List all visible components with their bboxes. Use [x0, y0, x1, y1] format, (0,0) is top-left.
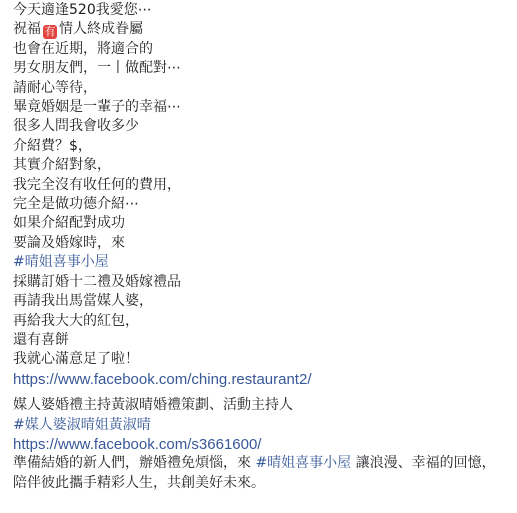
hashtag-link-ching-jie-shop-inline[interactable]: #晴姐喜事小屋 — [255, 455, 351, 471]
hashtag-link-ching-jie-shop[interactable]: #晴姐喜事小屋 — [13, 253, 507, 272]
post-line-title: 媒人婆婚禮主持黃淑晴婚禮策劃、活動主持人 — [13, 396, 507, 415]
facebook-url-link-ching-restaurant[interactable]: https://www.facebook.com/ching.restauran… — [13, 370, 507, 389]
post-line: 畢竟婚姻是一輩子的幸福⋯ — [13, 98, 507, 117]
post-line-with-emoji: 祝福有情人終成眷屬 — [13, 20, 507, 39]
facebook-post-body: 今天適逢520我愛您⋯ 祝福有情人終成眷屬 也會在近期，將適合的 男女朋友們，一… — [0, 0, 517, 493]
post-line: 介紹費？$， — [13, 137, 507, 156]
post-text: 情人終成眷屬 — [59, 21, 143, 37]
post-line: 也會在近期，將適合的 — [13, 40, 507, 59]
post-line: 完全是做功德介紹⋯ — [13, 195, 507, 214]
you-button-emoji-icon: 有 — [43, 25, 57, 39]
post-line: 如果介紹配對成功 — [13, 214, 507, 233]
post-line: 再請我出馬當媒人婆， — [13, 292, 507, 311]
post-paragraph-2: 媒人婆婚禮主持黃淑晴婚禮策劃、活動主持人 #媒人婆淑晴姐黃淑晴 https://… — [13, 396, 507, 493]
post-line: 我完全沒有收任何的費用， — [13, 176, 507, 195]
post-line: 還有喜餅 — [13, 331, 507, 350]
post-paragraph-1: 今天適逢520我愛您⋯ 祝福有情人終成眷屬 也會在近期，將適合的 男女朋友們，一… — [13, 1, 507, 389]
post-line: 要論及婚嫁時，來 — [13, 234, 507, 253]
post-line: 今天適逢520我愛您⋯ — [13, 1, 507, 20]
hashtag-link-matchmaker[interactable]: #媒人婆淑晴姐黃淑晴 — [13, 416, 507, 435]
post-line: 男女朋友們，一丨做配對⋯ — [13, 59, 507, 78]
post-line: 請耐心等待， — [13, 79, 507, 98]
post-closing-text: 準備結婚的新人們，辦婚禮免煩惱，來 #晴姐喜事小屋 讓浪漫、幸福的回憶，陪伴彼此… — [13, 454, 507, 493]
post-line: 很多人問我會收多少 — [13, 117, 507, 136]
post-line: 再給我大大的紅包， — [13, 312, 507, 331]
post-line: 採購訂婚十二禮及婚嫁禮品 — [13, 273, 507, 292]
post-line: 其實介紹對象， — [13, 156, 507, 175]
post-text: 準備結婚的新人們，辦婚禮免煩惱，來 — [13, 455, 255, 471]
post-text: 祝福 — [13, 21, 41, 37]
facebook-url-link-s3661600[interactable]: https://www.facebook.com/s3661600/ — [13, 435, 507, 454]
post-line: 我就心滿意足了啦！ — [13, 350, 507, 369]
